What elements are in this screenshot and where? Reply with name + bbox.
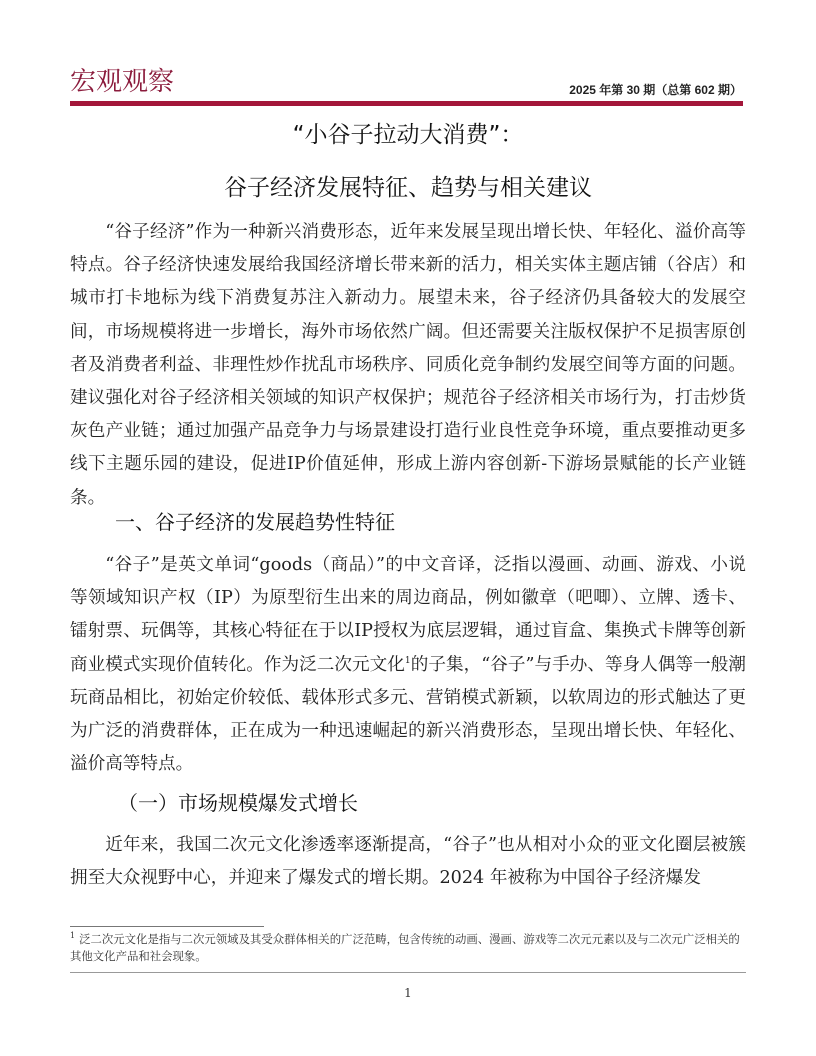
footnote: 1泛二次元文化是指与二次元领域及其受众群体相关的广泛范畴，包含传统的动画、漫画、… <box>70 931 746 965</box>
subsection-1-paragraph: 近年来，我国二次元文化渗透率逐渐提高，“谷子”也从相对小众的亚文化圈层被簇拥至大… <box>70 829 746 895</box>
section-1-text: “谷子”是英文单词“goods（商品）”的中文音译，泛指以漫画、动画、游戏、小说… <box>70 549 746 781</box>
header-rule <box>70 101 743 106</box>
issue-number: 2025 年第 30 期（总第 602 期） <box>569 82 742 98</box>
section-1-paragraph: “谷子”是英文单词“goods（商品）”的中文音译，泛指以漫画、动画、游戏、小说… <box>70 549 746 781</box>
footnote-separator <box>70 926 264 927</box>
subsection-heading-1: （一）市场规模爆发式增长 <box>118 789 358 817</box>
subsection-1-text: 近年来，我国二次元文化渗透率逐渐提高，“谷子”也从相对小众的亚文化圈层被簇拥至大… <box>70 829 746 895</box>
abstract-paragraph: “谷子经济”作为一种新兴消费形态，近年来发展呈现出增长快、年轻化、溢价高等特点。… <box>70 216 746 515</box>
header-brand: 宏观观察 <box>70 66 174 98</box>
footer-rule <box>70 972 746 973</box>
page-number: 1 <box>0 986 816 1000</box>
title-line-1: “小谷子拉动大消费”： <box>0 120 816 150</box>
footnote-marker: 1 <box>70 931 75 940</box>
abstract-text: “谷子经济”作为一种新兴消费形态，近年来发展呈现出增长快、年轻化、溢价高等特点。… <box>70 216 746 515</box>
section-heading-1: 一、谷子经济的发展趋势性特征 <box>115 508 395 536</box>
title-line-2: 谷子经济发展特征、趋势与相关建议 <box>0 173 816 203</box>
document-page: 宏观观察 2025 年第 30 期（总第 602 期） “小谷子拉动大消费”： … <box>0 0 816 1056</box>
footnote-text: 泛二次元文化是指与二次元领域及其受众群体相关的广泛范畴，包含传统的动画、漫画、游… <box>70 932 740 963</box>
